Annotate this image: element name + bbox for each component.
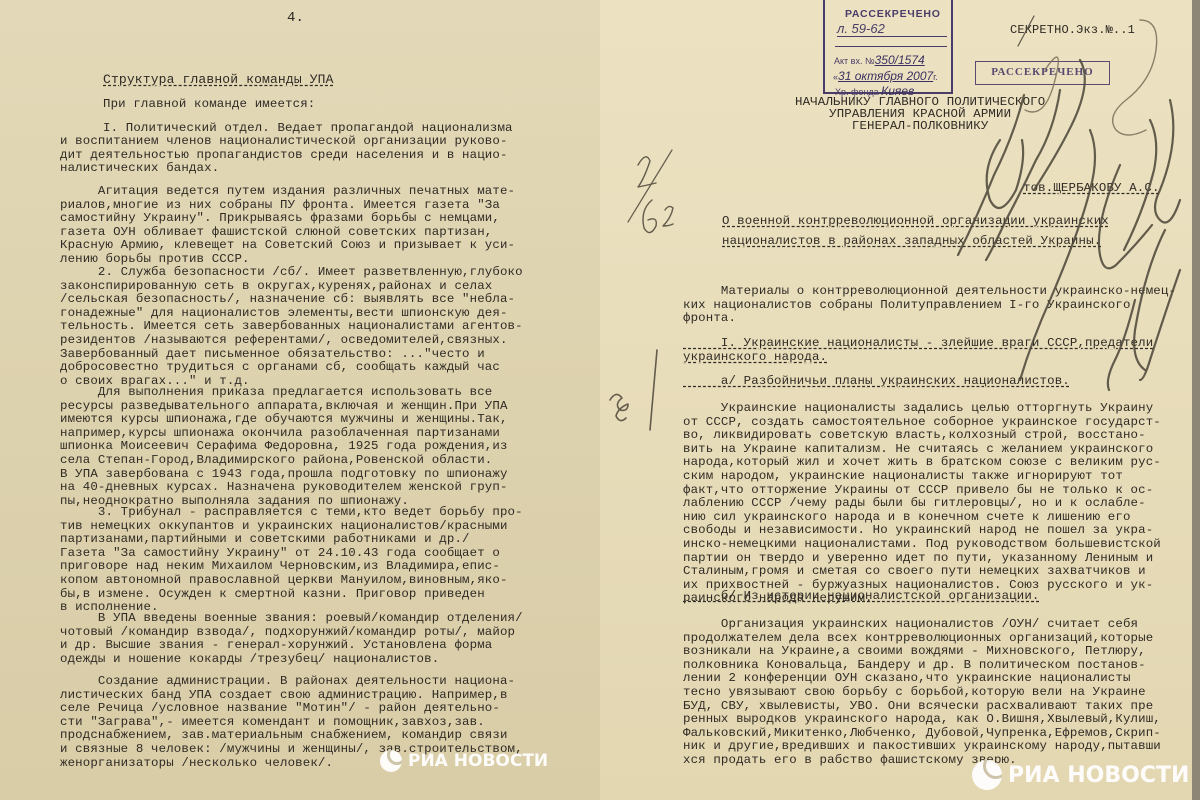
text-line: Сталиным,громя и сметая со своего пути н…	[683, 565, 1161, 579]
text-line: народа,который жил и хочет жить в братск…	[683, 456, 1161, 470]
text-line: Создание администрации. В районах деятел…	[60, 675, 523, 689]
ria-globe-logo-icon	[972, 760, 1002, 790]
text-line: партизанами,партийными и советскими рабо…	[60, 533, 523, 547]
text-line: лении 2 конференции ОУН сказано,что укра…	[683, 672, 1161, 686]
text-line: самостийну Украину". Прикрываясь фразами…	[60, 212, 515, 226]
text-line: ренных выродков украинского народа, как …	[683, 713, 1161, 727]
text-line: газета ОУН обливает фашистской слюной со…	[60, 226, 515, 240]
paragraph-espionage-courses: Для выполнения приказа предлагается испо…	[60, 386, 508, 508]
section-tribunal: 3. Трибунал - расправляется с теми,кто в…	[60, 506, 523, 615]
text-line: В УПА завербована с 1943 года,прошла под…	[60, 468, 508, 482]
declassified-stamp: РАССЕКРЕЧЕНО л. 59-62 Акт вх. №350/1574 …	[823, 0, 953, 94]
text-line: Фальковский,Микитенко,Любченко, Дубовой,…	[683, 727, 1161, 741]
paragraph-plans: Украинские националисты задались целью о…	[683, 402, 1161, 606]
text-line: например,курсы шпионажа окончила разобла…	[60, 427, 508, 441]
paragraph-agitation: Агитация ведется путем издания различных…	[60, 185, 515, 267]
text-line: Газета "За самостийну Украину" от 24.10.…	[60, 547, 523, 561]
subsection-heading-plans: а/ Разбойничьи планы украинских национал…	[683, 375, 1070, 389]
text-line: имеются курсы шпионажа,где обучаются муж…	[60, 413, 508, 427]
ria-novosti-watermark-right: РИА НОВОСТИ	[972, 760, 1189, 790]
heading-line: украинского народа.	[683, 351, 1153, 365]
text-line: села Степан-Город,Владимирского района,Р…	[60, 454, 508, 468]
text-line: Красную Армию, клевещет на Советский Сою…	[60, 239, 515, 253]
text-line: ник и другие,вредивших и пакостивших укр…	[683, 740, 1161, 754]
stamp-date-value: 31 октября 2007	[838, 69, 933, 83]
text-line: одежды и ношение кокарды /трезубец/ наци…	[60, 653, 523, 667]
text-line: свободы и независимости. Но украинский н…	[683, 524, 1161, 538]
watermark-text: РИА НОВОСТИ	[1008, 763, 1189, 788]
text-line: фронта.	[683, 312, 1176, 326]
text-line: листических банд УПА создает свою админи…	[60, 689, 523, 703]
heading-line: I. Украинские националисты - злейшие вра…	[683, 337, 1153, 351]
stamp-sheet-number: л. 59-62	[837, 21, 947, 37]
text-line: ресурсы разведывательного аппарата,включ…	[60, 400, 508, 414]
text-line: копом автономной православной церкви Ман…	[60, 574, 523, 588]
page-number: 4.	[287, 12, 304, 26]
text-line: 2. Служба безопасности /сб/. Имеет разве…	[60, 266, 523, 280]
text-line: лаблению СССР /чему рады были бы гитлеро…	[683, 497, 1161, 511]
text-line: гонадежные" для националистов элементы,в…	[60, 307, 523, 321]
heading-line: б/ Из истории националистской организаци…	[683, 590, 1040, 604]
text-line: Материалы о контрреволюционной деятельно…	[683, 285, 1176, 299]
text-line: полковника Коновальца, Бандеру и др. В п…	[683, 659, 1161, 673]
text-line: Агитация ведется путем издания различных…	[60, 185, 515, 199]
title-line: О военной контрреволюционной организации…	[722, 215, 1109, 229]
section-heading-enemies: I. Украинские националисты - злейшие вра…	[683, 337, 1153, 364]
text-line: и др. Высшие звания - генерал-хорунжий. …	[60, 639, 523, 653]
stamp-act-label: Акт вх. №	[834, 56, 875, 66]
stamp-date-suffix: г.	[933, 72, 938, 82]
paragraph-materials: Материалы о контрреволюционной деятельно…	[683, 285, 1176, 326]
text-line: бы,в измене. Осужден к смертной казни. П…	[60, 588, 523, 602]
secrecy-mark: СЕКРЕТНО.Экз.№..1	[1010, 24, 1135, 38]
stamp-date-line: «31 октября 2007г.	[833, 69, 938, 83]
text-line: резидентов /называются референтами/, осв…	[60, 334, 523, 348]
intro-line: При главной команде имеется:	[103, 98, 315, 112]
heading-line: а/ Разбойничьи планы украинских национал…	[683, 375, 1070, 389]
text-line: партии он твердо и уверенно идет по пути…	[683, 552, 1161, 566]
text-line: от СССР, создать самостоятельное соборно…	[683, 416, 1161, 430]
text-line: возникали на Украине,а своими вождями - …	[683, 645, 1161, 659]
text-line: БУД, СВУ, хвылевисты, УВО. Они всячески …	[683, 700, 1161, 714]
text-line: шпионка Моисеевич Серафима Федоровна, 19…	[60, 440, 508, 454]
addressee-block: НАЧАЛЬНИКУ ГЛАВНОГО ПОЛИТИЧЕСКОГО УПРАВЛ…	[795, 96, 1045, 132]
text-line: В УПА введены военные звания: роевый/ком…	[60, 612, 523, 626]
stamp-act-number: 350/1574	[875, 53, 925, 67]
text-line: 3. Трибунал - расправляется с теми,кто в…	[60, 506, 523, 520]
declassified-stamp-small: РАССЕКРЕЧЕНО	[975, 61, 1110, 85]
subsection-heading-history: б/ Из истории националистской организаци…	[683, 590, 1040, 604]
text-line: факт,что отторжение Украины от СССР прив…	[683, 484, 1161, 498]
paragraph-history: Организация украинских националистов /ОУ…	[683, 618, 1161, 768]
section-security-service: 2. Служба безопасности /сб/. Имеет разве…	[60, 266, 523, 388]
text-line: Для выполнения приказа предлагается испо…	[60, 386, 508, 400]
page-edge-shadow	[1192, 0, 1200, 800]
ria-globe-logo-icon	[380, 750, 402, 772]
text-line: добросовестно трудиться с органами сб, с…	[60, 361, 523, 375]
title-line: националистов в районах западных областе…	[722, 235, 1109, 249]
text-line: инско-немецкими националистами. Под руко…	[683, 538, 1161, 552]
text-line: нию сил украинского народа и в конечном …	[683, 511, 1161, 525]
text-line: вить на Украине капитализм. Не считаясь …	[683, 443, 1161, 457]
watermark-text: РИА НОВОСТИ	[408, 751, 548, 771]
recipient-name: тов.ЩЕРБАКОВУ А.С.	[1023, 182, 1160, 196]
paragraph-military-ranks: В УПА введены военные звания: роевый/ком…	[60, 612, 523, 666]
document-title-right: О военной контрреволюционной организации…	[722, 215, 1109, 248]
text-line: сти "Заграва",- имеется комендант и помо…	[60, 716, 523, 730]
text-line: Завербованный дает письменное обязательс…	[60, 348, 523, 362]
document-title-left: Структура главной команды УПА	[103, 73, 334, 87]
text-line: тив немецких оккупантов и украинских нац…	[60, 520, 523, 534]
text-line: тесно увязывают свою борьбу с борьбой,ко…	[683, 686, 1161, 700]
text-line: риалов,многие из них собраны ПУ фронта. …	[60, 199, 515, 213]
text-line: во, ликвидировать советскую власть,колхо…	[683, 429, 1161, 443]
document-page-left: 4. Структура главной команды УПА При гла…	[0, 0, 600, 800]
text-line: законспирированную сеть в округах,куреня…	[60, 280, 523, 294]
text-line: налистических бандах.	[60, 162, 508, 176]
text-line: Украинские националисты задались целью о…	[683, 402, 1161, 416]
text-line: тельность. Имеется сеть завербованных на…	[60, 320, 523, 334]
text-line: чотовый /командир взвода/, подхорунжий/к…	[60, 626, 523, 640]
section-political-department-cont: и воспитанием членов националистической …	[60, 135, 508, 176]
text-line: /сельская безопасность/, назначение сб: …	[60, 293, 523, 307]
text-line: продолжателем дела всех контрреволюционн…	[683, 632, 1161, 646]
text-line: дит деятельностью пропагандистов среди н…	[60, 149, 508, 163]
text-line: и воспитанием членов националистической …	[60, 135, 508, 149]
text-line: продснабжением, зав.материальным снабжен…	[60, 729, 523, 743]
stamp-act-line: Акт вх. №350/1574	[834, 53, 925, 67]
text-line: ких националистов собраны Политуправлени…	[683, 299, 1176, 313]
text-line: ским народом, украинские националисты та…	[683, 470, 1161, 484]
stamp-title: РАССЕКРЕЧЕНО	[845, 8, 941, 20]
text-line: селе Речица /условное название "Мотин"/ …	[60, 702, 523, 716]
text-line: на 40-дневных курсах. Назначена руководи…	[60, 481, 508, 495]
ria-novosti-watermark-left: РИА НОВОСТИ	[380, 750, 548, 772]
stamp-divider	[835, 46, 947, 47]
text-line: Организация украинских националистов /ОУ…	[683, 618, 1161, 632]
text-line: приговоре над неким Михаилом Черновским,…	[60, 560, 523, 574]
